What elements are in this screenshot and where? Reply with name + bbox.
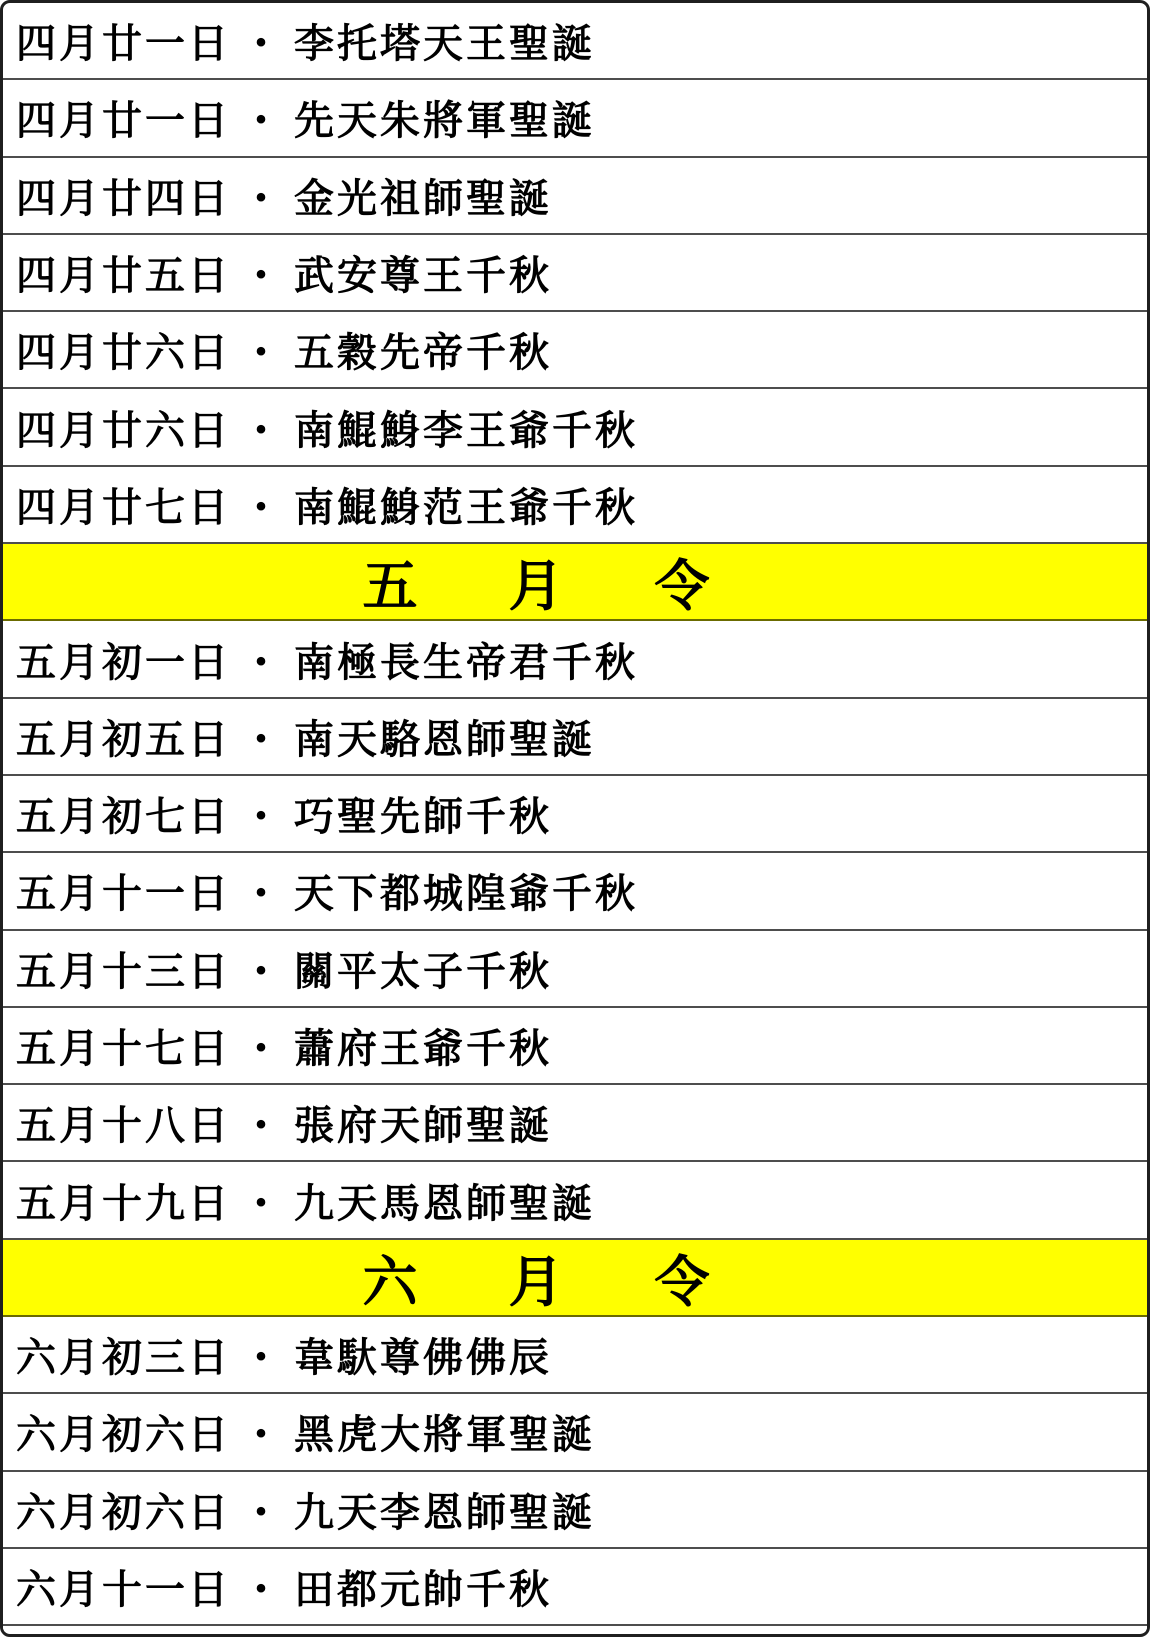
date-name-separator: ・ <box>241 708 284 765</box>
date-name-separator: ・ <box>241 399 284 456</box>
deity-event: 田都元帥千秋 <box>294 1558 552 1615</box>
deity-event: 九天李恩師聖誕 <box>294 1481 595 1538</box>
calendar-row: 五月十八日・張府天師聖誕 <box>3 1085 1147 1162</box>
calendar-row: 六月初三日・韋馱尊佛佛辰 <box>3 1317 1147 1394</box>
calendar-row: 四月廿四日・金光祖師聖誕 <box>3 158 1147 235</box>
date-name-separator: ・ <box>241 1326 284 1383</box>
date-name-separator: ・ <box>241 476 284 533</box>
lunar-date: 四月廿七日 <box>16 476 231 533</box>
lunar-date: 六月初六日 <box>16 1403 231 1460</box>
calendar-row: 五月初七日・巧聖先師千秋 <box>3 776 1147 853</box>
date-name-separator: ・ <box>241 89 284 146</box>
month-header-label: 六 月 令 <box>362 1238 727 1317</box>
date-name-separator: ・ <box>241 631 284 688</box>
deity-event: 南鯤鯓范王爺千秋 <box>294 476 638 533</box>
lunar-date: 五月十九日 <box>16 1172 231 1229</box>
lunar-date: 五月初五日 <box>16 708 231 765</box>
calendar-row: 六月初六日・九天李恩師聖誕 <box>3 1472 1147 1549</box>
lunar-date: 四月廿一日 <box>16 12 231 69</box>
month-header-label: 五 月 令 <box>362 542 727 621</box>
date-name-separator: ・ <box>241 1403 284 1460</box>
deity-event: 韋馱尊佛佛辰 <box>294 1326 552 1383</box>
deity-event: 五穀先帝千秋 <box>294 321 552 378</box>
calendar-row: 五月初五日・南天駱恩師聖誕 <box>3 699 1147 776</box>
date-name-separator: ・ <box>241 1481 284 1538</box>
calendar-row: 四月廿五日・武安尊王千秋 <box>3 235 1147 312</box>
date-name-separator: ・ <box>241 1017 284 1074</box>
deity-event: 巧聖先師千秋 <box>294 785 552 842</box>
lunar-date: 五月十八日 <box>16 1094 231 1151</box>
calendar-row: 五月十七日・蕭府王爺千秋 <box>3 1008 1147 1085</box>
date-name-separator: ・ <box>241 167 284 224</box>
calendar-row: 四月廿七日・南鯤鯓范王爺千秋 <box>3 467 1147 544</box>
month-section-header-june: 六 月 令 <box>3 1240 1147 1317</box>
date-name-separator: ・ <box>241 12 284 69</box>
deity-event: 李托塔天王聖誕 <box>294 12 595 69</box>
deity-event: 九天馬恩師聖誕 <box>294 1172 595 1229</box>
date-name-separator: ・ <box>241 862 284 919</box>
lunar-date: 六月初三日 <box>16 1326 231 1383</box>
lunar-date: 五月十七日 <box>16 1017 231 1074</box>
deity-event: 關平太子千秋 <box>294 940 552 997</box>
date-name-separator: ・ <box>241 1094 284 1151</box>
deity-event: 南天駱恩師聖誕 <box>294 708 595 765</box>
festival-calendar-table: 四月廿一日・李托塔天王聖誕 四月廿一日・先天朱將軍聖誕 四月廿四日・金光祖師聖誕… <box>0 0 1150 1637</box>
deity-event: 南鯤鯓李王爺千秋 <box>294 399 638 456</box>
date-name-separator: ・ <box>241 321 284 378</box>
deity-event: 蕭府王爺千秋 <box>294 1017 552 1074</box>
deity-event: 武安尊王千秋 <box>294 244 552 301</box>
lunar-date: 五月十三日 <box>16 940 231 997</box>
month-section-header-may: 五 月 令 <box>3 544 1147 621</box>
calendar-row: 四月廿六日・五穀先帝千秋 <box>3 312 1147 389</box>
calendar-row: 五月十三日・關平太子千秋 <box>3 931 1147 1008</box>
deity-event: 黑虎大將軍聖誕 <box>294 1403 595 1460</box>
deity-event: 金光祖師聖誕 <box>294 167 552 224</box>
deity-event: 南極長生帝君千秋 <box>294 631 638 688</box>
cut-off-next-row <box>3 1626 1147 1632</box>
calendar-row: 五月十一日・天下都城隍爺千秋 <box>3 853 1147 930</box>
lunar-date: 六月初六日 <box>16 1481 231 1538</box>
deity-event: 先天朱將軍聖誕 <box>294 89 595 146</box>
calendar-row: 四月廿一日・李托塔天王聖誕 <box>3 3 1147 80</box>
calendar-row: 四月廿六日・南鯤鯓李王爺千秋 <box>3 389 1147 466</box>
lunar-date: 四月廿六日 <box>16 321 231 378</box>
calendar-row: 六月十一日・田都元帥千秋 <box>3 1549 1147 1626</box>
date-name-separator: ・ <box>241 940 284 997</box>
lunar-date: 四月廿六日 <box>16 399 231 456</box>
date-name-separator: ・ <box>241 1558 284 1615</box>
date-name-separator: ・ <box>241 785 284 842</box>
lunar-date: 五月初七日 <box>16 785 231 842</box>
calendar-row: 四月廿一日・先天朱將軍聖誕 <box>3 80 1147 157</box>
deity-event: 張府天師聖誕 <box>294 1094 552 1151</box>
lunar-date: 四月廿一日 <box>16 89 231 146</box>
date-name-separator: ・ <box>241 1172 284 1229</box>
calendar-row: 五月初一日・南極長生帝君千秋 <box>3 621 1147 698</box>
deity-event: 天下都城隍爺千秋 <box>294 862 638 919</box>
lunar-date: 四月廿四日 <box>16 167 231 224</box>
lunar-date: 六月十一日 <box>16 1558 231 1615</box>
lunar-date: 五月十一日 <box>16 862 231 919</box>
date-name-separator: ・ <box>241 244 284 301</box>
calendar-row: 六月初六日・黑虎大將軍聖誕 <box>3 1394 1147 1471</box>
lunar-date: 五月初一日 <box>16 631 231 688</box>
lunar-date: 四月廿五日 <box>16 244 231 301</box>
calendar-row: 五月十九日・九天馬恩師聖誕 <box>3 1162 1147 1239</box>
